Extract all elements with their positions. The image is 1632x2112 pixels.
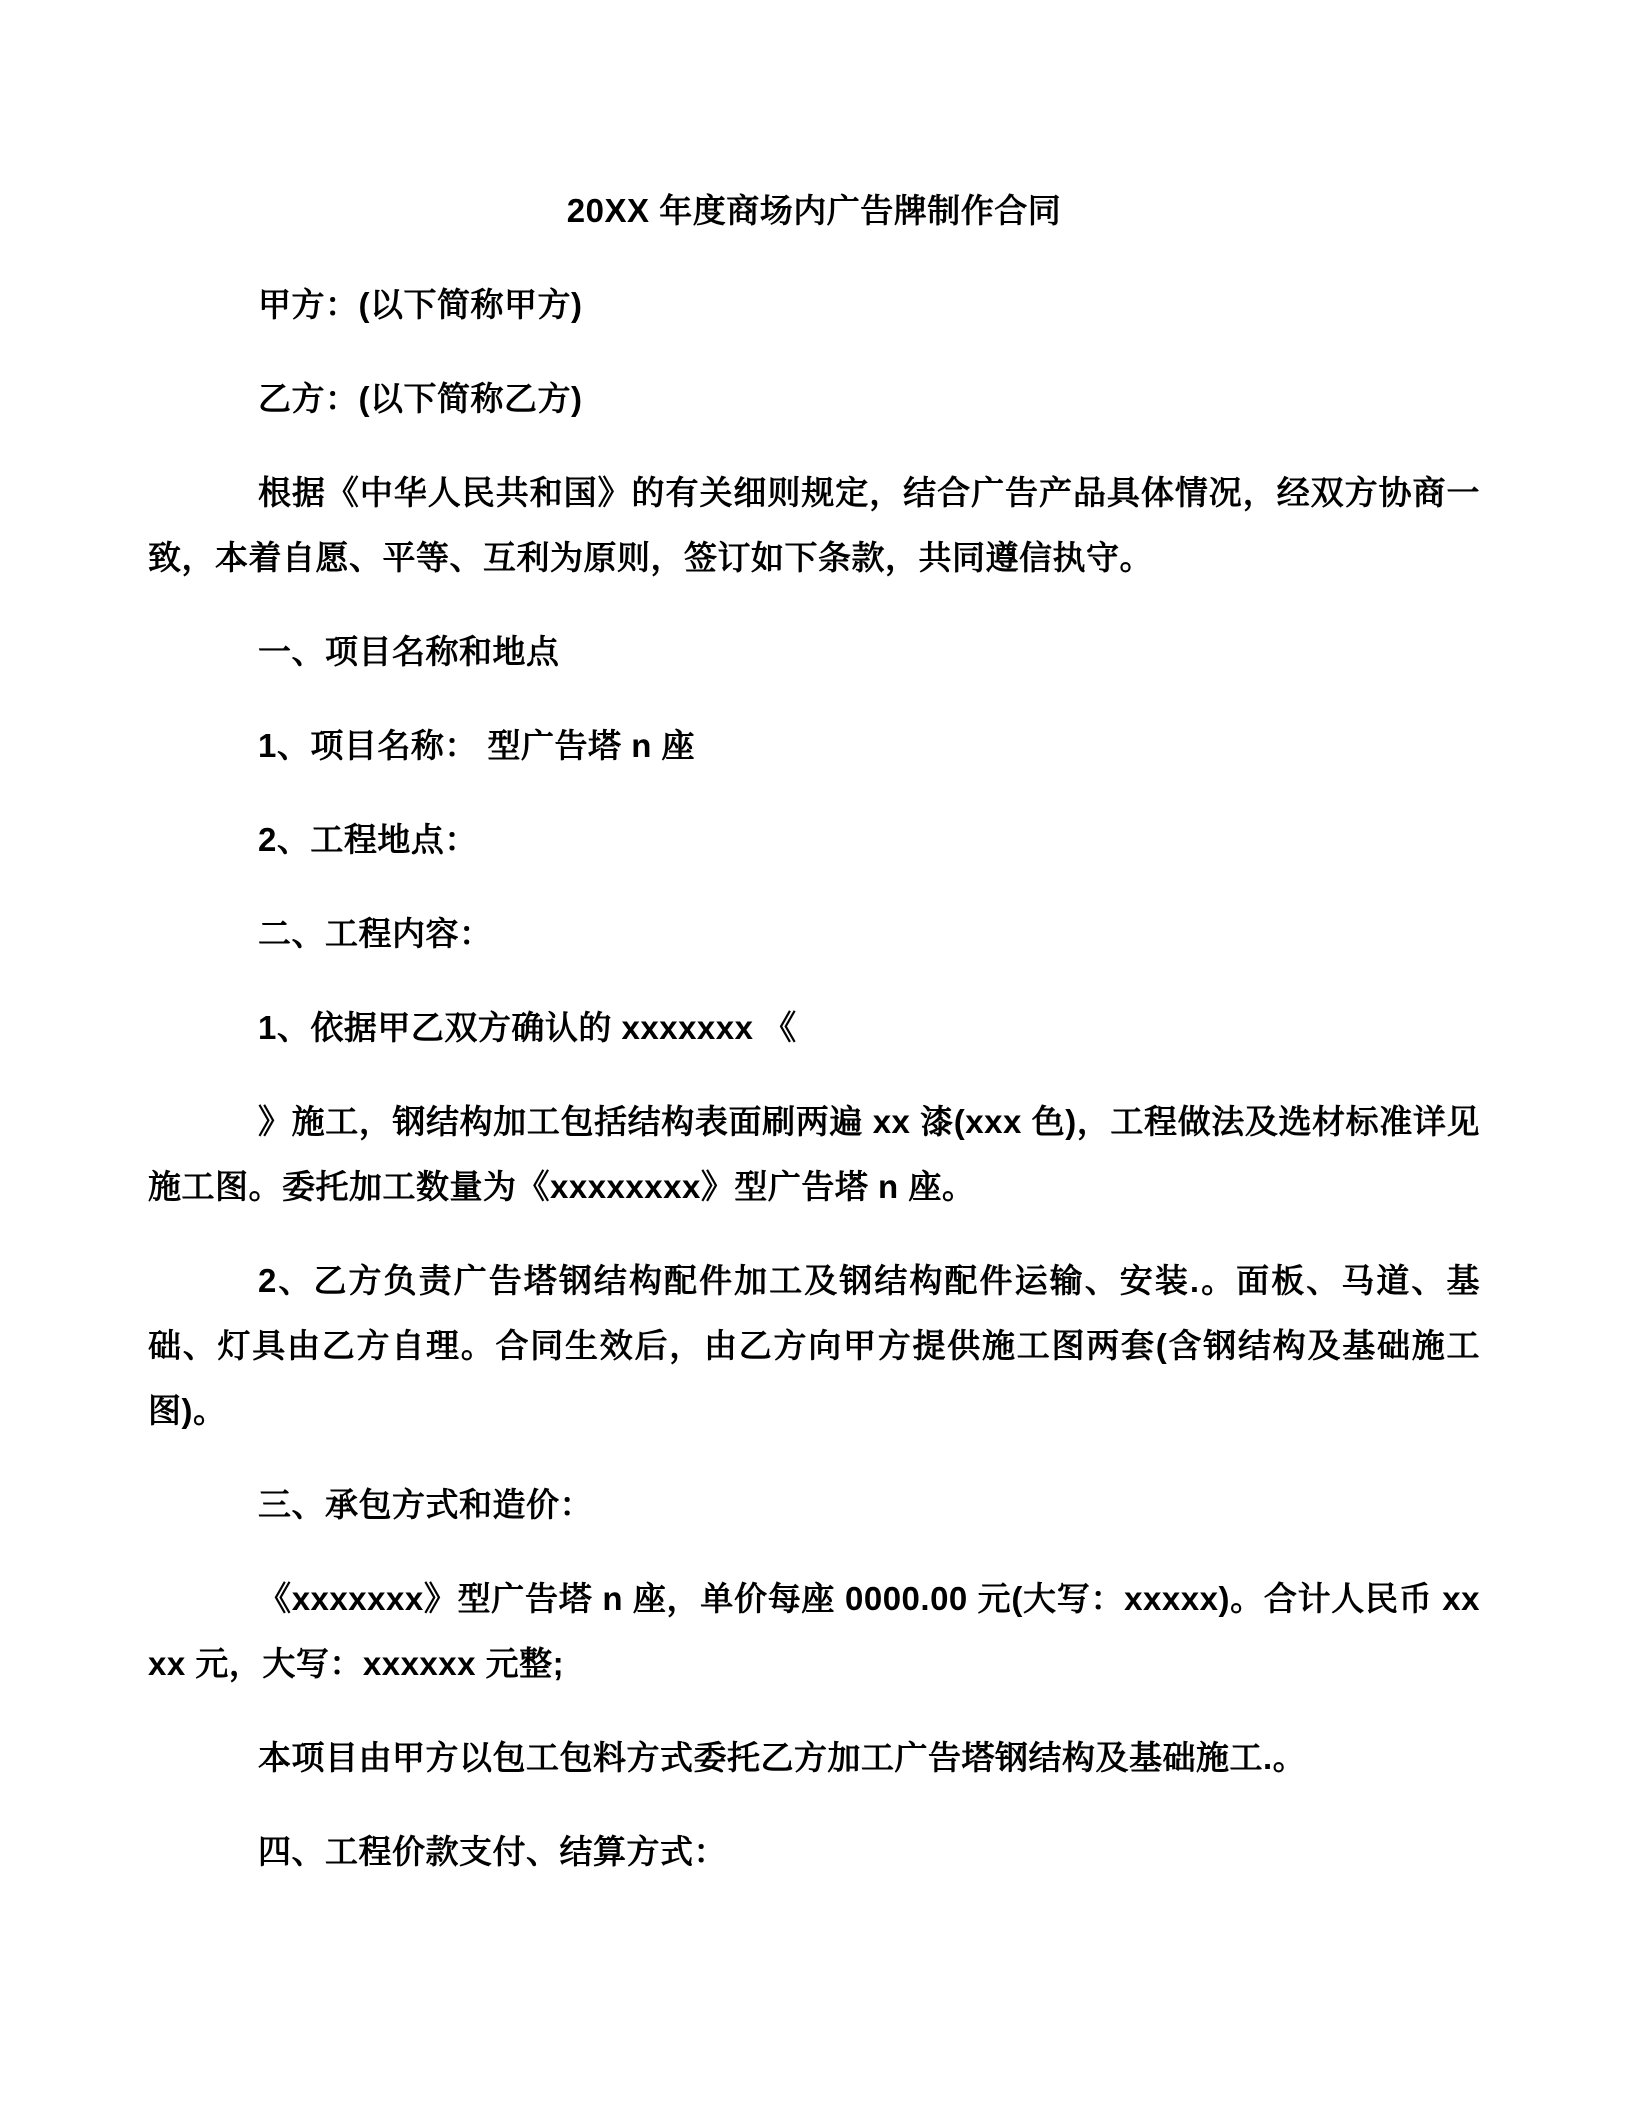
preamble-paragraph: 根据《中华人民共和国》的有关细则规定，结合广告产品具体情况，经双方协商一致，本着… xyxy=(148,460,1480,590)
document-title: 20XX 年度商场内广告牌制作合同 xyxy=(148,178,1480,243)
price-paragraph: 《xxxxxxx》型广告塔 n 座，单价每座 0000.00 元(大写：xxxx… xyxy=(148,1566,1480,1696)
section-1-heading: 一、项目名称和地点 xyxy=(148,619,1480,684)
item-2-2-responsibilities: 2、乙方负责广告塔钢结构配件加工及钢结构配件运输、安装.。面板、马道、基础、灯具… xyxy=(148,1248,1480,1443)
contracting-method-paragraph: 本项目由甲方以包工包料方式委托乙方加工广告塔钢结构及基础施工.。 xyxy=(148,1725,1480,1790)
section-3-heading: 三、承包方式和造价： xyxy=(148,1472,1480,1537)
item-2-1-continuation: 》施工，钢结构加工包括结构表面刷两遍 xx 漆(xxx 色)，工程做法及选材标准… xyxy=(148,1089,1480,1219)
item-1-2-project-location: 2、工程地点： xyxy=(148,807,1480,872)
section-4-heading: 四、工程价款支付、结算方式： xyxy=(148,1819,1480,1884)
item-2-1-opening: 1、依据甲乙双方确认的 xxxxxxx 《 xyxy=(148,995,1480,1060)
section-2-heading: 二、工程内容： xyxy=(148,901,1480,966)
contract-document-page: 20XX 年度商场内广告牌制作合同 甲方：(以下简称甲方) 乙方：(以下简称乙方… xyxy=(0,0,1632,2112)
party-b-line: 乙方：(以下简称乙方) xyxy=(148,366,1480,431)
party-a-line: 甲方：(以下简称甲方) xyxy=(148,272,1480,337)
item-1-1-project-name: 1、项目名称： 型广告塔 n 座 xyxy=(148,713,1480,778)
